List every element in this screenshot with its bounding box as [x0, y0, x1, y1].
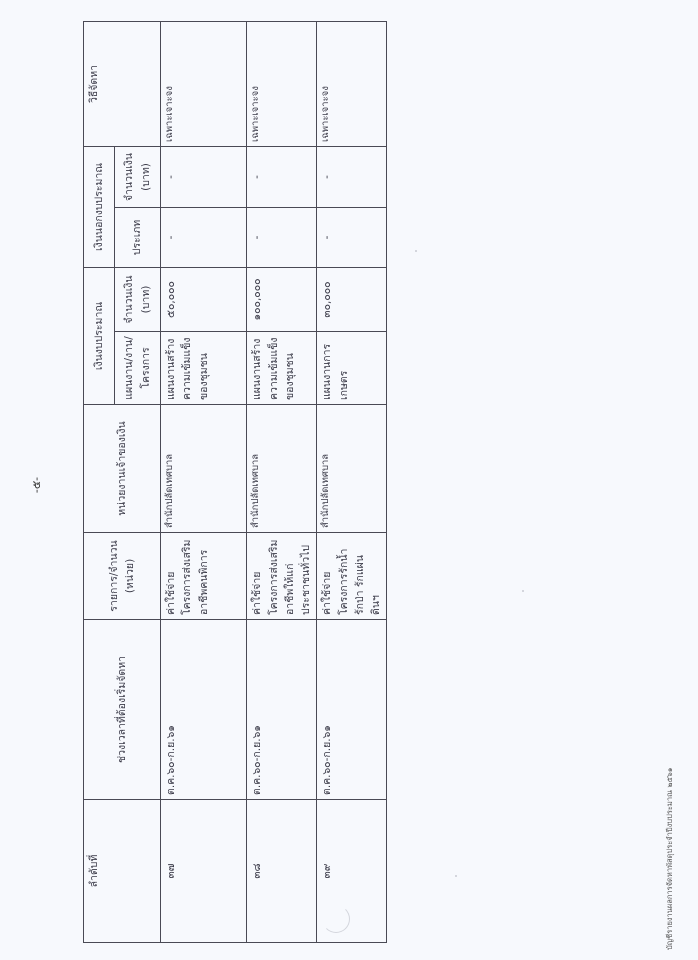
cell-item: ค่าใช้จ่ายโครงการส่งเสริมอาชีพคนพิการ	[161, 533, 247, 620]
cell-period: ต.ค.๖๐-ก.ย.๖๑	[247, 620, 317, 800]
scan-speck	[415, 250, 417, 252]
cell-offbudget-amount: -	[317, 146, 387, 207]
scan-fold-mark	[322, 905, 350, 933]
cell-budget-amount: ๑๐๐,๐๐๐	[247, 267, 317, 331]
table-row: ๓๘ ต.ค.๖๐-ก.ย.๖๑ ค่าใช้จ่ายโครงการส่งเสร…	[247, 21, 317, 942]
cell-seq: ๓๘	[247, 800, 317, 943]
scan-speck	[455, 875, 457, 877]
cell-offbudget-type: -	[247, 207, 317, 267]
header-item: รายการ/จำนวน (หน่วย)	[84, 533, 161, 620]
cell-period: ต.ค.๖๐-ก.ย.๖๑	[161, 620, 247, 800]
cell-budget-plan: แผนงานสร้างความเข้มแข็งของชุมชน	[247, 332, 317, 405]
cell-budget-plan: แผนงานการเกษตร	[317, 332, 387, 405]
header-offbudget-type: ประเภท	[115, 207, 161, 267]
table-row: ๓๗ ต.ค.๖๐-ก.ย.๖๑ ค่าใช้จ่ายโครงการส่งเสร…	[161, 21, 247, 942]
cell-method: เฉพาะเจาะจง	[161, 21, 247, 146]
table-row: ๓๙ ต.ค.๖๐-ก.ย.๖๑ ค่าใช้จ่ายโครงการรักน้ำ…	[317, 21, 387, 942]
header-offbudget-amount: จำนวนเงิน (บาท)	[115, 146, 161, 207]
header-budget-plan: แผนงาน/งาน/โครงการ	[115, 332, 161, 405]
procurement-plan-table: ลำดับที่ ช่วงเวลาที่ต้องเริ่มจัดหา รายกา…	[83, 21, 387, 943]
cell-offbudget-amount: -	[247, 146, 317, 207]
header-budget-group: เงินงบประมาณ	[84, 267, 115, 404]
header-seq: ลำดับที่	[84, 800, 161, 943]
header-budget-amount: จำนวนเงิน (บาท)	[115, 267, 161, 331]
cell-item: ค่าใช้จ่ายโครงการรักน้ำ รักป่า รักแผ่นดิ…	[317, 533, 387, 620]
cell-period: ต.ค.๖๐-ก.ย.๖๑	[317, 620, 387, 800]
cell-budget-amount: ๓๐,๐๐๐	[317, 267, 387, 331]
header-owner-unit: หน่วยงานเจ้าของเงิน	[84, 405, 161, 533]
cell-offbudget-type: -	[161, 207, 247, 267]
cell-seq: ๓๗	[161, 800, 247, 943]
header-period: ช่วงเวลาที่ต้องเริ่มจัดหา	[84, 620, 161, 800]
cell-offbudget-amount: -	[161, 146, 247, 207]
cell-offbudget-type: -	[317, 207, 387, 267]
procurement-table-container: ลำดับที่ ช่วงเวลาที่ต้องเริ่มจัดหา รายกา…	[83, 22, 316, 943]
header-offbudget-group: เงินนอกงบประมาณ	[84, 146, 115, 267]
footer-note: บัญชีรายงานผลการจัดหาพัสดุประจำปีงบประมา…	[664, 690, 676, 950]
header-method: วิธีจัดหา	[84, 21, 161, 146]
cell-method: เฉพาะเจาะจง	[317, 21, 387, 146]
cell-method: เฉพาะเจาะจง	[247, 21, 317, 146]
scan-speck	[522, 590, 524, 592]
cell-item: ค่าใช้จ่ายโครงการส่งเสริมอาชีพให้แก่ประช…	[247, 533, 317, 620]
cell-budget-amount: ๕๐,๐๐๐	[161, 267, 247, 331]
cell-owner-unit: สำนักปลัดเทศบาล	[317, 405, 387, 533]
page-number: -๕-	[27, 477, 45, 493]
cell-owner-unit: สำนักปลัดเทศบาล	[161, 405, 247, 533]
cell-budget-plan: แผนงานสร้างความเข้มแข็งของชุมชน	[161, 332, 247, 405]
cell-owner-unit: สำนักปลัดเทศบาล	[247, 405, 317, 533]
